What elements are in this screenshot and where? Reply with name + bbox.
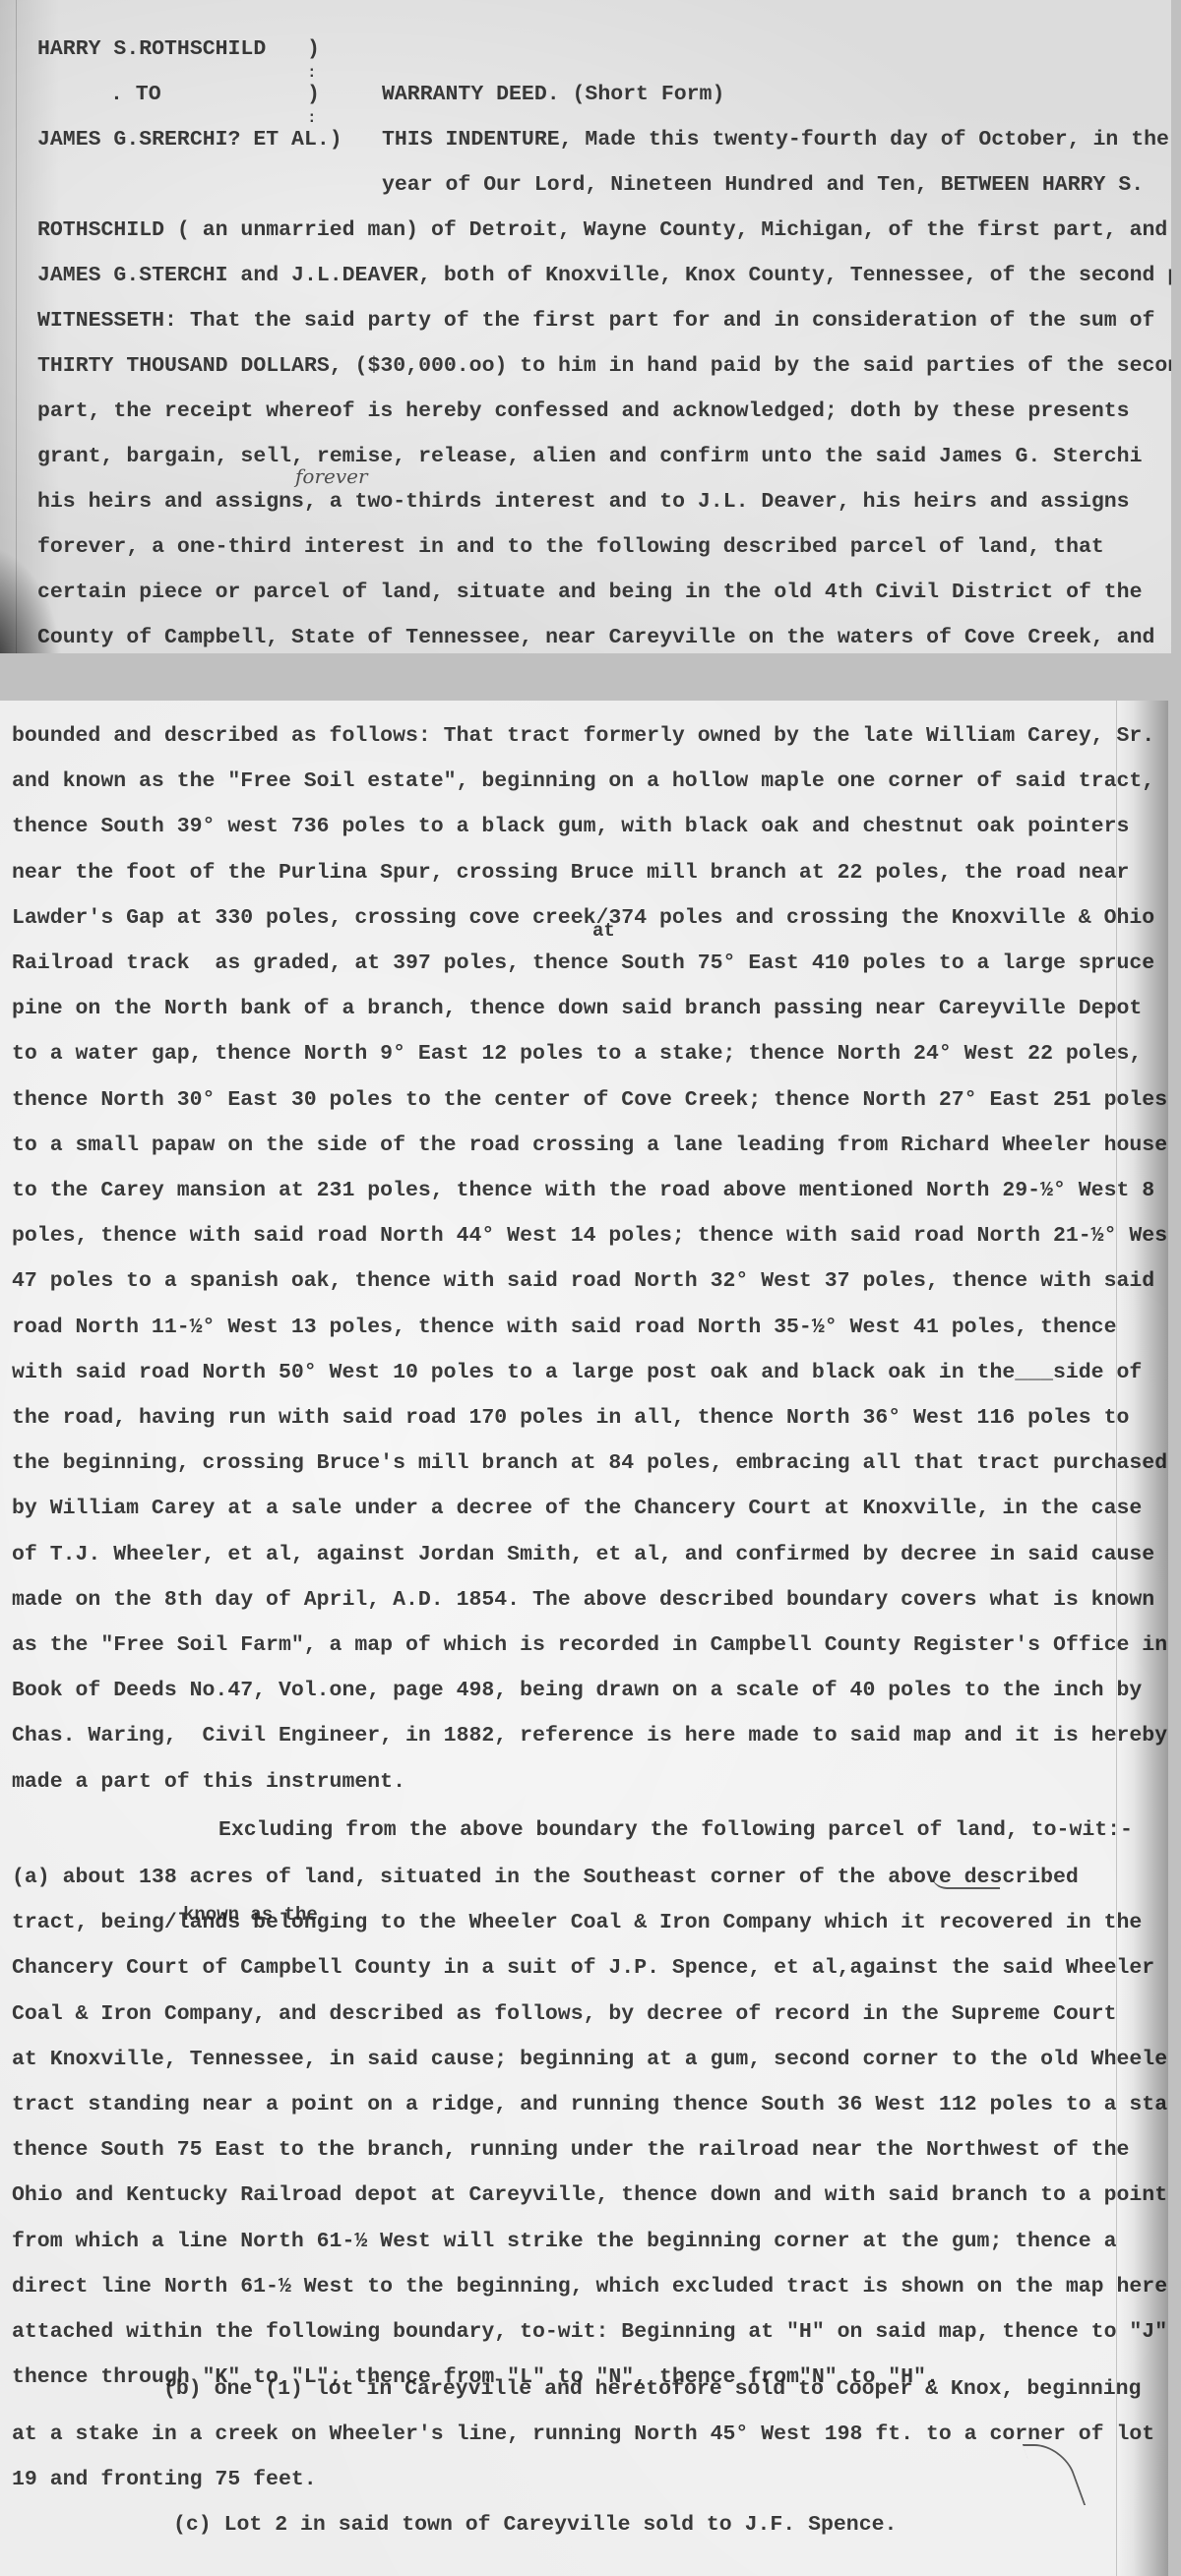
deed-page-1: HARRY S.ROTHSCHILD ) : . TO ) : WARRANTY…: [0, 0, 1171, 653]
deed-line: at a stake in a creek on Wheeler's line,…: [12, 2423, 1154, 2446]
deed-line: Railroad track as graded, at 397 poles, …: [12, 951, 1154, 975]
handwritten-insert: forever: [295, 464, 368, 488]
caption-bracket: ): [307, 83, 320, 106]
deed-title: WARRANTY DEED. (Short Form): [382, 83, 724, 106]
typed-insert-at: at: [592, 921, 615, 941]
deed-line: road North 11-½° West 13 poles, thence w…: [12, 1316, 1116, 1339]
caption-bracket: ): [307, 37, 320, 61]
deed-line: County of Campbell, State of Tennessee, …: [37, 626, 1154, 649]
pen-mark: [931, 1873, 1000, 1889]
deed-line: ROTHSCHILD ( an unmarried man) of Detroi…: [37, 218, 1167, 242]
deed-line: of T.J. Wheeler, et al, against Jordan S…: [12, 1543, 1154, 1566]
deed-line: from which a line North 61-½ West will s…: [12, 2230, 1116, 2253]
deed-line: made a part of this instrument.: [12, 1770, 405, 1794]
deed-line: poles, thence with said road North 44° W…: [12, 1224, 1168, 1248]
deed-line: attached within the following boundary, …: [12, 2320, 1168, 2344]
deed-line: thence South 39° west 736 poles to a bla…: [12, 815, 1129, 838]
deed-line: 19 and fronting 75 feet.: [12, 2468, 317, 2491]
deed-line: direct line North 61-½ West to the begin…: [12, 2275, 1168, 2299]
deed-line: with said road North 50° West 10 poles t…: [12, 1361, 1142, 1384]
deed-page-2: bounded and described as follows: That t…: [0, 701, 1168, 2576]
deed-line: certain piece or parcel of land, situate…: [37, 581, 1142, 604]
excluding-heading: Excluding from the above boundary the fo…: [218, 1818, 1133, 1842]
exclusion-c: (c) Lot 2 in said town of Careyville sol…: [173, 2513, 897, 2537]
deed-line: forever, a one-third interest in and to …: [37, 535, 1104, 559]
caption-colon: :: [307, 106, 317, 130]
caption-colon: :: [307, 61, 317, 85]
deed-line: by William Carey at a sale under a decre…: [12, 1497, 1142, 1520]
deed-line: as the "Free Soil Farm", a map of which …: [12, 1633, 1167, 1657]
deed-line: part, the receipt whereof is hereby conf…: [37, 399, 1130, 423]
deed-line: pine on the North bank of a branch, then…: [12, 997, 1142, 1020]
deed-line: Coal & Iron Company, and described as fo…: [12, 2002, 1116, 2026]
deed-line: at Knoxville, Tennessee, in said cause; …: [12, 2048, 1168, 2071]
deed-line: to a water gap, thence North 9° East 12 …: [12, 1042, 1142, 1066]
deed-line: THIRTY THOUSAND DOLLARS, ($30,000.oo) to…: [37, 354, 1171, 378]
deed-line: near the foot of the Purlina Spur, cross…: [12, 861, 1129, 885]
deed-line: Book of Deeds No.47, Vol.one, page 498, …: [12, 1679, 1142, 1702]
deed-line: to the Carey mansion at 231 poles, thenc…: [12, 1179, 1154, 1202]
page-edge-line: [16, 0, 17, 653]
deed-line: his heirs and assigns, a two-thirds inte…: [37, 490, 1130, 514]
deed-line: thence North 30° East 30 poles to the ce…: [12, 1088, 1167, 1112]
deed-line: year of Our Lord, Nineteen Hundred and T…: [382, 173, 1144, 197]
caption-grantor: HARRY S.ROTHSCHILD: [37, 37, 266, 61]
deed-line: WITNESSETH: That the said party of the f…: [37, 309, 1154, 333]
deed-line: (a) about 138 acres of land, situated in…: [12, 1866, 1079, 1889]
deed-line: grant, bargain, sell, remise, release, a…: [37, 445, 1142, 468]
deed-line: thence South 75 East to the branch, runn…: [12, 2138, 1129, 2162]
deed-line: the beginning, crossing Bruce's mill bra…: [12, 1451, 1167, 1475]
pen-mark: [1023, 2444, 1087, 2505]
caption-grantee: JAMES G.SRERCHI? ET AL.): [37, 128, 342, 152]
deed-line: bounded and described as follows: That t…: [12, 724, 1154, 748]
deed-line: the road, having run with said road 170 …: [12, 1406, 1129, 1430]
deed-line: Chancery Court of Campbell County in a s…: [12, 1956, 1154, 1980]
deed-line: (b) one (1) lot in Careyville and hereto…: [163, 2377, 1141, 2401]
deed-line: tract, being/lands belonging to the Whee…: [12, 1911, 1142, 1934]
deed-line: to a small papaw on the side of the road…: [12, 1134, 1167, 1157]
deed-line: Ohio and Kentucky Railroad depot at Care…: [12, 2183, 1167, 2207]
caption-to: . TO: [110, 83, 161, 106]
deed-line: tract standing near a point on a ridge, …: [12, 2093, 1168, 2116]
deed-line: and known as the "Free Soil estate", beg…: [12, 769, 1154, 793]
deed-line: JAMES G.STERCHI and J.L.DEAVER, both of …: [37, 264, 1171, 287]
deed-line: Chas. Waring, Civil Engineer, in 1882, r…: [12, 1724, 1167, 1748]
deed-line: THIS INDENTURE, Made this twenty-fourth …: [382, 128, 1169, 152]
deed-line: Lawder's Gap at 330 poles, crossing cove…: [12, 906, 1154, 930]
deed-line: made on the 8th day of April, A.D. 1854.…: [12, 1588, 1154, 1612]
deed-line: 47 poles to a spanish oak, thence with s…: [12, 1269, 1154, 1293]
